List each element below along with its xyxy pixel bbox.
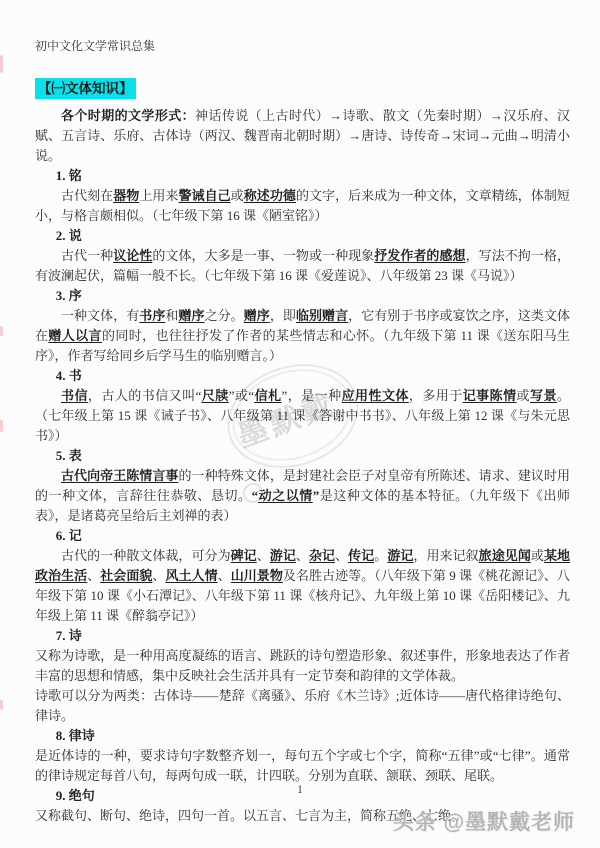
section-heading: 2. 说: [35, 226, 570, 246]
text-run: 的同时，也往往抒发了作者的某些情志和心怀。（九年级下第 11 课《送东阳马生序》…: [35, 328, 570, 363]
text-run: 临别赠言: [296, 308, 348, 323]
text-run: 旅途见闻: [479, 548, 531, 563]
text-run: 山川景物: [231, 568, 283, 583]
text-run: 。: [374, 548, 387, 563]
text-run: 之分。: [205, 308, 244, 323]
section-heading: 1. 铭: [35, 166, 570, 186]
text-run: 赠序: [178, 308, 204, 323]
section-heading: 7. 诗: [35, 626, 570, 646]
toutiao-author-watermark: 头条 @墨默戴老师: [393, 806, 575, 836]
text-run: ，用来记叙: [413, 548, 478, 563]
text-run: ，即: [270, 308, 296, 323]
intro-paragraph: 各个时期的文学形式：神话传说（上古时代）→诗歌、散文（先秦时期）→汉乐府、汉赋、…: [35, 106, 570, 166]
text-run: 传记: [348, 548, 374, 563]
text-run: 上用来: [139, 188, 178, 203]
document-body: 各个时期的文学形式：神话传说（上古时代）→诗歌、散文（先秦时期）→汉乐府、汉赋、…: [35, 106, 570, 826]
section-heading: 6. 记: [35, 526, 570, 546]
text-run: 古代向帝王陈情言事: [61, 468, 178, 483]
text-run: 各个时期的文学形式：: [61, 108, 195, 123]
text-run: 、: [87, 568, 100, 583]
text-run: 赠序: [244, 308, 270, 323]
text-run: 的文体，大多是一事、一物或一种现象: [152, 248, 374, 263]
body-paragraph: 又称为诗歌，是一种用高度凝练的语言、跳跃的诗句塑造形象、叙述事件，形象地表达了作…: [35, 646, 570, 686]
text-run: 器物: [113, 188, 139, 203]
text-run: 或: [231, 188, 244, 203]
text-run: 古代刻在: [61, 188, 113, 203]
scan-artifact: [0, 55, 3, 73]
text-run: 、: [218, 568, 231, 583]
text-run: ”，是一种: [282, 388, 342, 403]
section-heading: 3. 序: [35, 286, 570, 306]
text-run: ，古人的书信又叫“: [88, 388, 201, 403]
body-paragraph: 诗歌可以分为两类：古体诗——楚辞《离骚》、乐府《木兰诗》;近体诗——唐代格律诗绝…: [35, 686, 570, 726]
page-number: 1: [0, 784, 600, 796]
text-run: 警诫自己: [178, 188, 230, 203]
document-content: 初中文化文学常识总集 【㈠文体知识】 各个时期的文学形式：神话传说（上古时代）→…: [35, 38, 570, 826]
body-paragraph: 书信，古人的书信又叫“尺牍”或“信札”，是一种应用性文体，多用于记事陈情或写景。…: [35, 386, 570, 446]
scan-artifact: [0, 420, 3, 432]
text-run: 游记: [270, 548, 296, 563]
text-run: 、: [152, 568, 165, 583]
text-run: 、: [257, 548, 270, 563]
text-run: 尺牍: [201, 388, 228, 403]
scan-artifact: [0, 700, 3, 710]
text-run: 古代一种: [61, 248, 113, 263]
section-title-highlighted: 【㈠文体知识】: [35, 78, 136, 99]
text-run: 古代的一种散文体裁，可分为: [61, 548, 231, 563]
body-paragraph: 古代的一种散文体裁，可分为碑记、游记、杂记、传记。游记，用来记叙旅途见闻或某地政…: [35, 546, 570, 626]
section-heading: 4. 书: [35, 366, 570, 386]
text-run: 写景: [530, 388, 557, 403]
body-paragraph: 古代一种议论性的文体，大多是一事、一物或一种现象抒发作者的感想，写法不拘一格，有…: [35, 246, 570, 286]
text-run: 信札: [254, 388, 281, 403]
text-run: 书信: [61, 388, 88, 403]
text-run: 一种文体，有: [61, 308, 139, 323]
text-run: 和: [165, 308, 178, 323]
text-run: 、: [335, 548, 348, 563]
scan-artifact: [0, 326, 3, 336]
body-paragraph: 是近体诗的一种，要求诗句字数整齐划一，每句五个字或七个字，简称“五律”或“七律”…: [35, 746, 570, 786]
text-run: 赠人以言: [48, 328, 102, 343]
text-run: 议论性: [113, 248, 152, 263]
text-run: 动之以情: [258, 488, 313, 503]
text-run: 游记: [387, 548, 413, 563]
text-run: ，多用于: [409, 388, 463, 403]
text-run: 或: [531, 548, 544, 563]
text-run: 、: [296, 548, 309, 563]
body-paragraph: 一种文体，有书序和赠序之分。赠序，即临别赠言，它有别于书序或宴饮之序，这类文体在…: [35, 306, 570, 366]
text-run: 称述功德: [244, 188, 296, 203]
body-paragraph: 古代向帝王陈情言事的一种特殊文体，是封建社会臣子对皇帝有所陈述、请求、建议时用的…: [35, 466, 570, 526]
text-run: 社会面貌: [100, 568, 152, 583]
text-run: 书序: [139, 308, 165, 323]
text-run: 应用性文体: [342, 388, 409, 403]
text-run: 杂记: [309, 548, 335, 563]
section-heading: 5. 表: [35, 446, 570, 466]
document-title-header: 初中文化文学常识总集: [35, 38, 570, 54]
text-run: 风土人情: [165, 568, 217, 583]
text-run: 又称为诗歌，是一种用高度凝练的语言、跳跃的诗句塑造形象、叙述事件，形象地表达了作…: [35, 648, 570, 683]
body-paragraph: 古代刻在器物上用来警诫自己或称述功德的文字，后来成为一种文体，文章精练，体制短小…: [35, 186, 570, 226]
text-run: 或: [517, 388, 530, 403]
document-page: 墨默戴 初中文化文学常识总集 【㈠文体知识】 各个时期的文学形式：神话传说（上古…: [0, 0, 600, 848]
text-run: ”或“: [229, 388, 254, 403]
text-run: 抒发作者的感想: [374, 248, 465, 263]
text-run: 记事陈情: [463, 388, 517, 403]
section-heading: 8. 律诗: [35, 726, 570, 746]
text-run: 诗歌可以分为两类：古体诗——楚辞《离骚》、乐府《木兰诗》;近体诗——唐代格律诗绝…: [35, 688, 570, 723]
text-run: 是近体诗的一种，要求诗句字数整齐划一，每句五个字或七个字，简称“五律”或“七律”…: [35, 748, 570, 783]
text-run: 碑记: [231, 548, 257, 563]
